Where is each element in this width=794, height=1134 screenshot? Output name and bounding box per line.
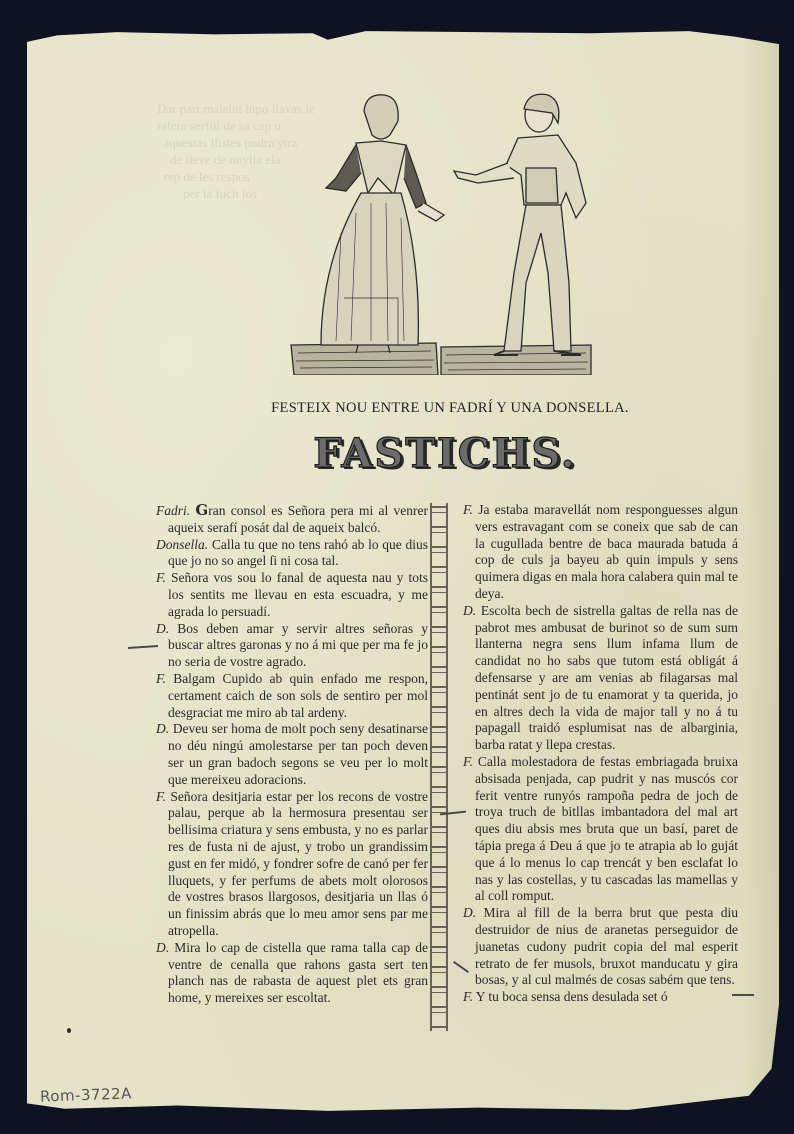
dialogue-line: F. Ja estaba maravellát nom responguesse…	[463, 502, 738, 603]
dialogue-text: Ja estaba maravellát nom responguesses a…	[475, 502, 738, 601]
speaker-label: D.	[463, 603, 476, 618]
dialogue-line: D. Deveu ser homa de molt poch seny desa…	[156, 721, 428, 788]
speaker-label: F.	[463, 754, 473, 769]
dialogue-line: F. Calla molestadora de festas embriagad…	[463, 754, 738, 905]
ink-dot	[67, 1028, 71, 1033]
dialogue-line: Fadri. Gran consol es Señora pera mi al …	[156, 502, 428, 537]
speaker-label: Donsella.	[156, 537, 208, 552]
dialogue-text: Deveu ser homa de molt poch seny desatin…	[168, 721, 428, 786]
speaker-label: F.	[156, 789, 166, 804]
drop-cap: G	[195, 501, 208, 519]
dialogue-line: D. Escolta bech de sistrella galtas de r…	[463, 603, 738, 754]
catalog-mark: Rom-3722A	[40, 1084, 132, 1105]
dialogue-line: F. Balgam Cupido ab quin enfado me respo…	[156, 671, 428, 721]
man-figure	[441, 94, 591, 375]
speaker-label: F.	[463, 989, 473, 1004]
speaker-label: F.	[156, 671, 166, 686]
dialogue-line: D. Mira lo cap de cistella que rama tall…	[156, 940, 428, 1007]
dialogue-text: Mira lo cap de cistella que rama talla c…	[168, 940, 428, 1005]
dialogue-text: Calla molestadora de festas embriagada b…	[475, 754, 738, 903]
left-column: Fadri. Gran consol es Señora pera mi al …	[156, 502, 428, 1007]
dialogue-text: Balgam Cupido ab quin enfado me respon, …	[168, 671, 428, 720]
speaker-label: Fadri.	[156, 503, 190, 518]
pencil-mark	[732, 994, 754, 996]
dialogue-text: Señora desitjaria estar per los recons d…	[168, 789, 428, 938]
speaker-label: D.	[156, 621, 169, 636]
speaker-label: F.	[463, 502, 473, 517]
dialogue-text: Bos deben amar y servir altres señoras y…	[168, 621, 428, 670]
dialogue-line: F. Y tu boca sensa dens desulada set ó	[463, 989, 738, 1006]
speaker-label: D.	[156, 940, 169, 955]
ornamental-column-divider	[430, 503, 448, 1031]
dialogue-text: Y tu boca sensa dens desulada set ó	[476, 989, 668, 1004]
dialogue-text: Mira al fill de la berra brut que pesta …	[475, 905, 738, 987]
subtitle-heading: FESTEIX NOU ENTRE UN FADRÍ Y UNA DONSELL…	[250, 400, 650, 417]
speaker-label: F.	[156, 570, 166, 585]
dialogue-line: F. Señora desitjaria estar per los recon…	[156, 789, 428, 940]
dialogue-line: D. Mira al fill de la berra brut que pes…	[463, 905, 738, 989]
dialogue-line: D. Bos deben amar y servir altres señora…	[156, 621, 428, 671]
woodcut-illustration	[286, 83, 596, 375]
dialogue-text: Escolta bech de sistrella galtas de rell…	[475, 603, 738, 752]
woman-figure	[291, 95, 444, 375]
dialogue-line: Donsella. Calla tu que no tens rahó ab l…	[156, 537, 428, 571]
speaker-label: D.	[156, 721, 169, 736]
right-column: F. Ja estaba maravellát nom responguesse…	[463, 502, 738, 1006]
dialogue-line: F. Señora vos sou lo fanal de aquesta na…	[156, 570, 428, 620]
dialogue-text: Señora vos sou lo fanal de aquesta nau y…	[168, 570, 428, 619]
speaker-label: D.	[463, 905, 476, 920]
title-heading: FASTICHS.	[290, 430, 600, 477]
